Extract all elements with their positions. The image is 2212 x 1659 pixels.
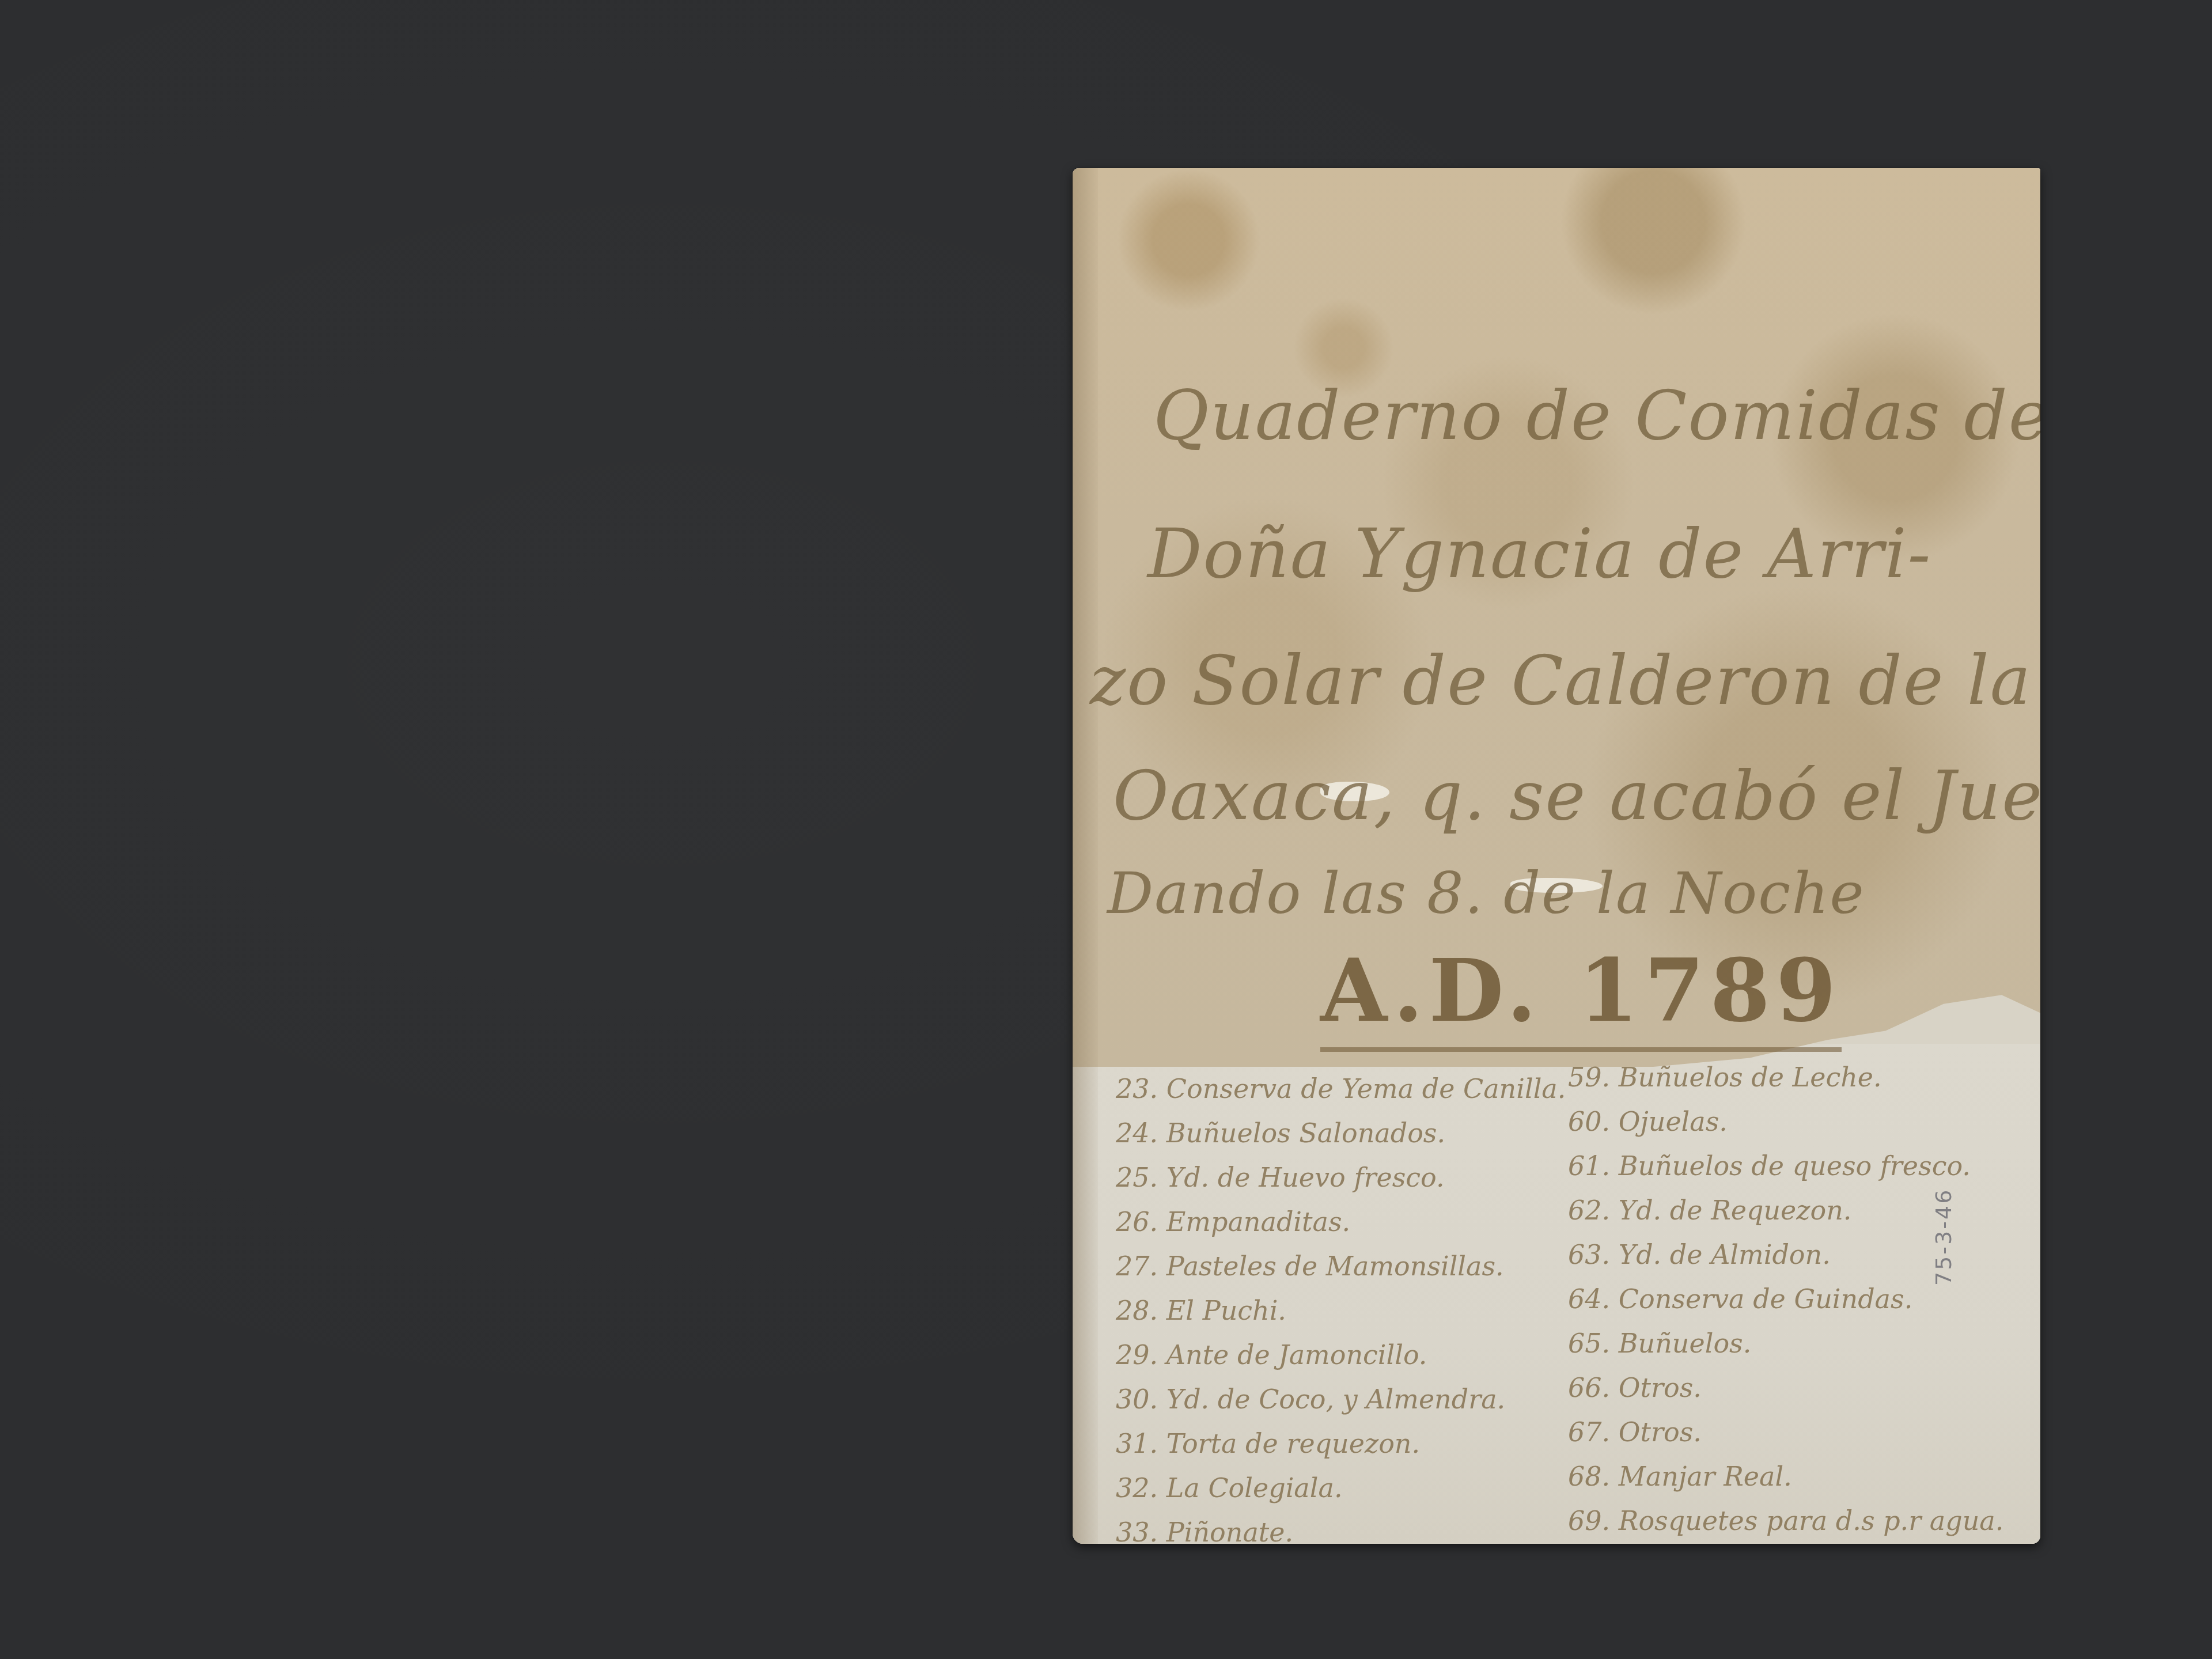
list-item: 70. ... p. conserva de ... — [1568, 1543, 2029, 1544]
title-line-2: Doña Ygnacia de Arri- — [1147, 514, 1932, 593]
list-item-number: 59. — [1568, 1055, 1610, 1100]
list-item: 69. Rosquetes para d.s p.r agua. — [1568, 1499, 2029, 1543]
list-item-number: 63. — [1568, 1233, 1610, 1277]
list-item-text: El Puchi. — [1166, 1295, 1286, 1326]
list-item-text: Manjar Real. — [1619, 1461, 1792, 1492]
list-item: 23. Conserva de Yema de Canilla. — [1116, 1067, 1577, 1111]
list-item-number: 70. — [1568, 1543, 1610, 1544]
list-item-number: 62. — [1568, 1188, 1610, 1233]
list-item-text: Buñuelos Salonados. — [1166, 1118, 1445, 1149]
title-line-5: Dando las 8. de la Noche — [1107, 859, 1865, 927]
title-line-4: Oaxaca, q. se acabó el Jueves — [1113, 756, 2040, 835]
list-item-text: La Colegiala. — [1166, 1472, 1343, 1503]
list-item-text: Empanaditas. — [1166, 1206, 1350, 1237]
list-item: 60. Ojuelas. — [1568, 1100, 2029, 1144]
list-item: 63. Yd. de Almidon. — [1568, 1233, 2029, 1277]
manuscript-page: Quaderno de Comidas de Doña Ygnacia de A… — [1073, 168, 2040, 1544]
list-item-number: 32. — [1116, 1466, 1158, 1510]
title-line-1: Quaderno de Comidas de — [1153, 376, 2040, 455]
list-item-number: 28. — [1116, 1289, 1158, 1333]
list-item: 31. Torta de requezon. — [1116, 1422, 1577, 1466]
list-item-number: 24. — [1116, 1111, 1158, 1156]
list-item-number: 61. — [1568, 1144, 1610, 1188]
list-item: 64. Conserva de Guindas. — [1568, 1277, 2029, 1321]
list-item-text: Otros. — [1619, 1372, 1702, 1403]
list-item: 68. Manjar Real. — [1568, 1455, 2029, 1499]
list-item-number: 25. — [1116, 1156, 1158, 1200]
list-item-number: 66. — [1568, 1366, 1610, 1410]
list-item-number: 64. — [1568, 1277, 1610, 1321]
list-item-text: Yd. de Coco, y Almendra. — [1166, 1384, 1505, 1415]
list-item-text: Otros. — [1619, 1416, 1702, 1448]
list-item: 30. Yd. de Coco, y Almendra. — [1116, 1377, 1577, 1422]
list-item-number: 68. — [1568, 1455, 1610, 1499]
list-item: 25. Yd. de Huevo fresco. — [1116, 1156, 1577, 1200]
list-item-number: 31. — [1116, 1422, 1158, 1466]
title-date: A.D. 1789 — [1320, 940, 1842, 1052]
list-item-number: 27. — [1116, 1244, 1158, 1289]
list-item-text: Pasteles de Mamonsillas. — [1166, 1251, 1504, 1282]
list-item: 66. Otros. — [1568, 1366, 2029, 1410]
binding-edge — [1073, 168, 1098, 1544]
recipe-list-right: 59. Buñuelos de Leche. 60. Ojuelas. 61. … — [1568, 1055, 2029, 1544]
list-item: 62. Yd. de Requezon. — [1568, 1188, 2029, 1233]
list-item-number: 60. — [1568, 1100, 1610, 1144]
list-item-text: Torta de requezon. — [1166, 1428, 1420, 1459]
list-item-text: Conserva de Guindas. — [1619, 1283, 1912, 1315]
list-item: 28. El Puchi. — [1116, 1289, 1577, 1333]
title-line-3: zo Solar de Calderon de la — [1090, 641, 2032, 720]
list-item-number: 30. — [1116, 1377, 1158, 1422]
list-item-text: Buñuelos de queso fresco. — [1619, 1150, 1971, 1181]
list-item-text: Ojuelas. — [1619, 1106, 1728, 1137]
list-item-number: 65. — [1568, 1321, 1610, 1366]
list-item-text: Piñonate. — [1166, 1517, 1293, 1544]
pencil-catalog-number: 75-3-46 — [1931, 1188, 1956, 1286]
list-item-number: 26. — [1116, 1200, 1158, 1244]
list-item-number: 23. — [1116, 1067, 1158, 1111]
list-item: 24. Buñuelos Salonados. — [1116, 1111, 1577, 1156]
list-item-text: Buñuelos. — [1619, 1328, 1752, 1359]
list-item-text: Yd. de Requezon. — [1619, 1195, 1852, 1226]
list-item: 26. Empanaditas. — [1116, 1200, 1577, 1244]
list-item: 67. Otros. — [1568, 1410, 2029, 1455]
list-item-text: Conserva de Yema de Canilla. — [1166, 1073, 1566, 1104]
list-item: 32. La Colegiala. — [1116, 1466, 1577, 1510]
list-item: 59. Buñuelos de Leche. — [1568, 1055, 2029, 1100]
list-item: 61. Buñuelos de queso fresco. — [1568, 1144, 2029, 1188]
list-item-text: Rosquetes para d.s p.r agua. — [1619, 1505, 2004, 1536]
list-item-number: 67. — [1568, 1410, 1610, 1455]
list-item: 29. Ante de Jamoncillo. — [1116, 1333, 1577, 1377]
list-item: 65. Buñuelos. — [1568, 1321, 2029, 1366]
list-item-text: Buñuelos de Leche. — [1619, 1062, 1882, 1093]
list-item: 27. Pasteles de Mamonsillas. — [1116, 1244, 1577, 1289]
list-item-number: 29. — [1116, 1333, 1158, 1377]
list-item-text: Yd. de Huevo fresco. — [1166, 1162, 1445, 1193]
list-item-text: Yd. de Almidon. — [1619, 1239, 1831, 1270]
list-item-number: 33. — [1116, 1510, 1158, 1544]
recipe-list-left: 23. Conserva de Yema de Canilla. 24. Buñ… — [1116, 1067, 1577, 1544]
list-item: 33. Piñonate. — [1116, 1510, 1577, 1544]
list-item-number: 69. — [1568, 1499, 1610, 1543]
page-upper-title-area — [1073, 168, 2040, 1067]
list-item-text: Ante de Jamoncillo. — [1166, 1339, 1427, 1370]
